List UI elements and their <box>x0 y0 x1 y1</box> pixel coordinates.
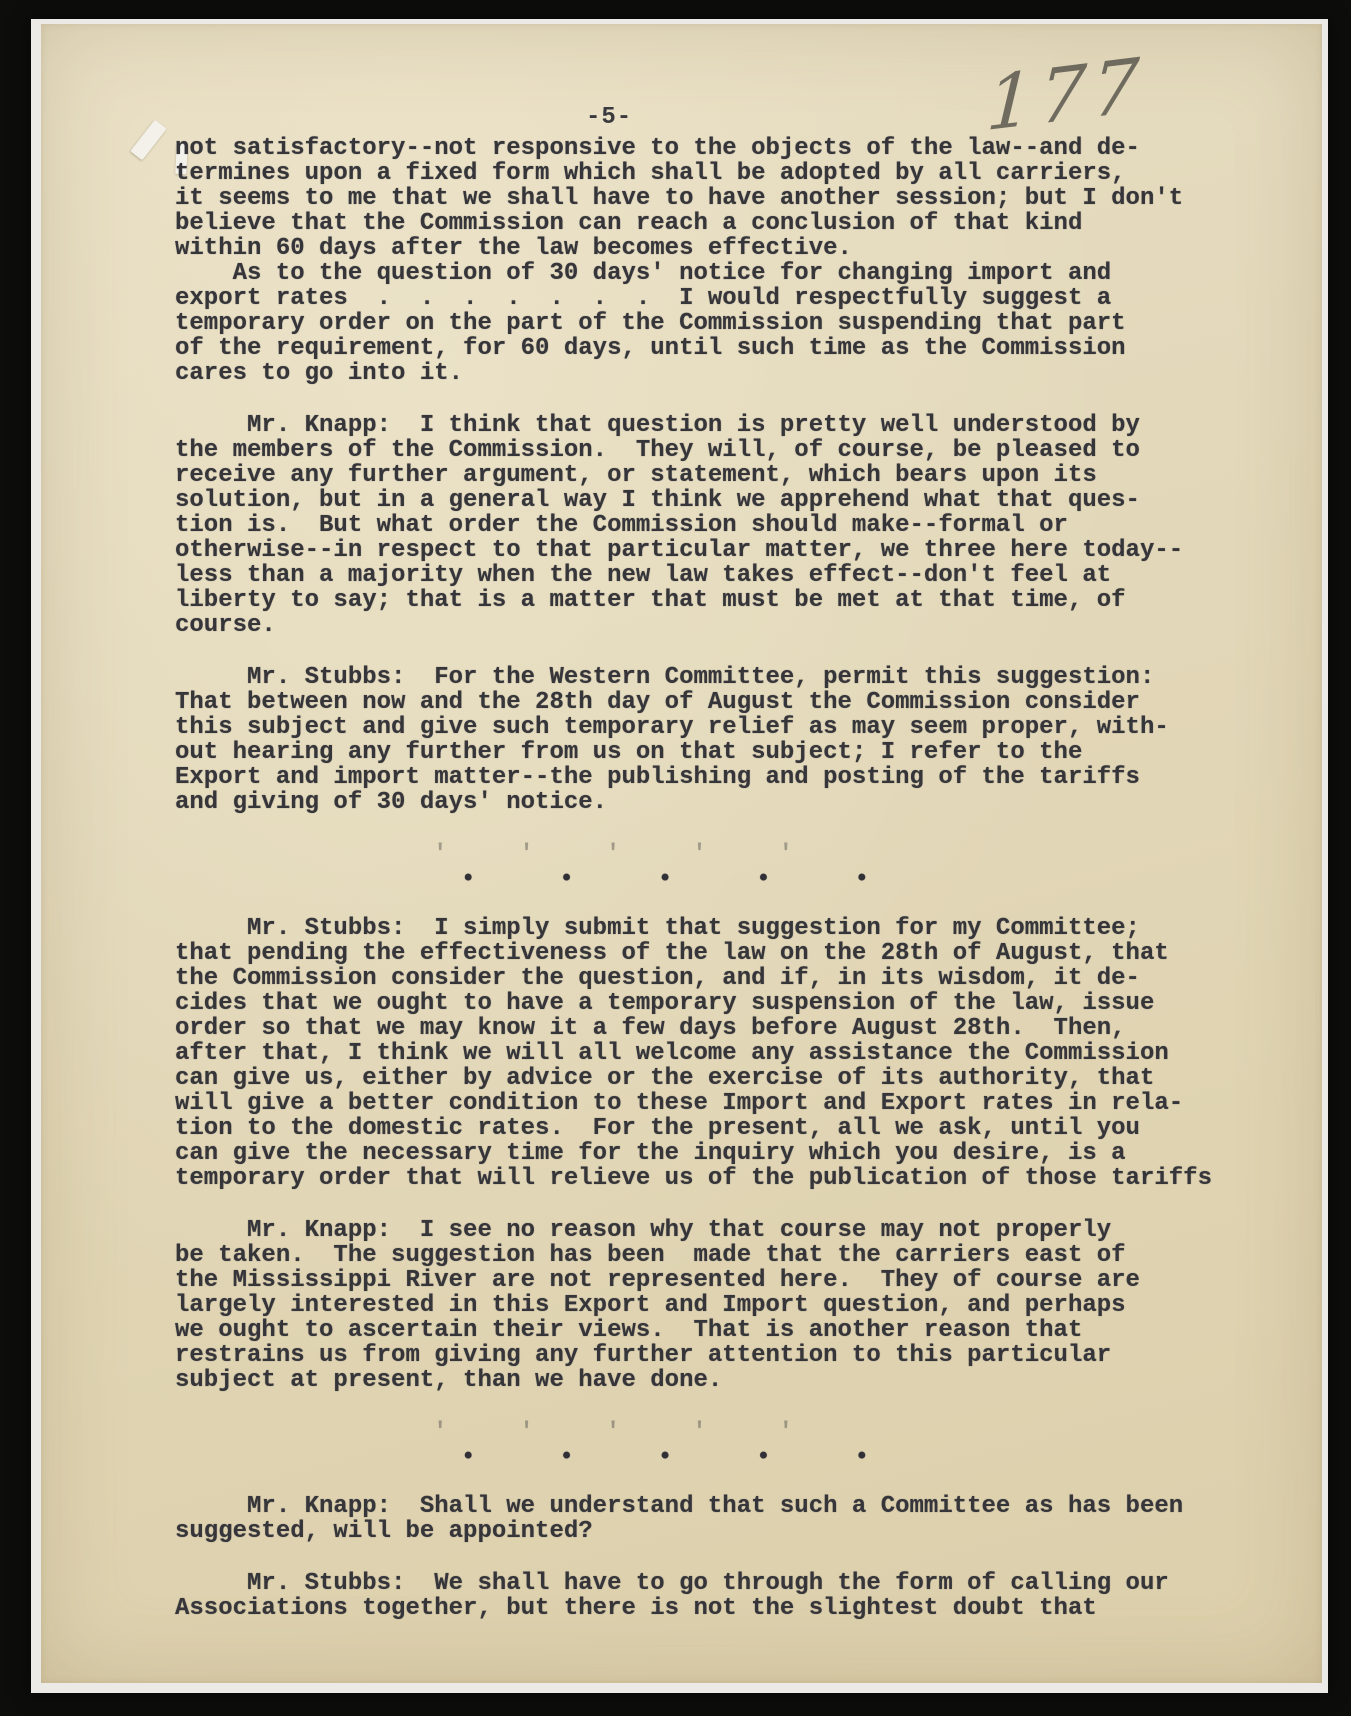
typed-text-body: not satisfactory--not responsive to the … <box>41 136 1322 1648</box>
handwritten-folio-number: 177 <box>984 42 1147 149</box>
photographed-document-scan: -5- 177 not satisfactory--not responsive… <box>0 0 1351 1716</box>
page-number: -5- <box>586 104 632 131</box>
ghost-offset-marks: ' ' ' ' ' <box>433 842 1238 867</box>
paragraph-stubbs-3: Mr. Stubbs: We shall have to go through … <box>175 1571 1238 1621</box>
paragraph-stubbs-2: Mr. Stubbs: I simply submit that suggest… <box>175 916 1238 1191</box>
paragraph-knapp-2: Mr. Knapp: I see no reason why that cour… <box>175 1218 1238 1393</box>
typescript-page: -5- 177 not satisfactory--not responsive… <box>41 24 1322 1683</box>
section-separator-2: ' ' ' ' ' • • • • • <box>175 1420 1238 1470</box>
dot-separator: • • • • • <box>461 1445 1238 1470</box>
paragraph-knapp-1: Mr. Knapp: I think that question is pret… <box>175 413 1238 638</box>
paragraph-knapp-3: Mr. Knapp: Shall we understand that such… <box>175 1494 1238 1544</box>
section-separator-1: ' ' ' ' ' • • • • • <box>175 842 1238 892</box>
dot-separator: • • • • • <box>461 867 1238 892</box>
ghost-offset-marks: ' ' ' ' ' <box>433 1420 1238 1445</box>
paragraph-stubbs-1: Mr. Stubbs: For the Western Committee, p… <box>175 665 1238 815</box>
paragraph-opening-continuation: not satisfactory--not responsive to the … <box>175 136 1238 386</box>
